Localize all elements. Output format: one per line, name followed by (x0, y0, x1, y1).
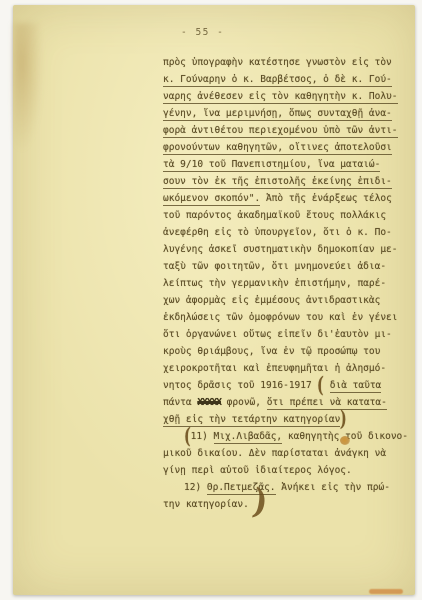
text-segment: διὰ ταῦτα (330, 380, 381, 393)
text-segment: πρὸς ὑπογραφὴν κατέστησε γνωστὸν εἰς τὸν (163, 57, 392, 68)
document-line: γένην, ἵνα μεριμνήσῃ, ὅπως συνταχθῇ ἀνα- (163, 105, 413, 122)
text-segment: σουν τὸν ἐκ τῆς ἐπιστολῆς ἐκείνης ἐπιδι- (163, 176, 392, 189)
document-line: πάντα ΧΧΧΧΧ φρονῶ, ὅτι πρέπει νὰ κατατα- (163, 394, 413, 411)
page-number: - 55 - (181, 27, 224, 38)
text-segment: λυγένης ἀσκεῖ συστηματικὴν δημοκοπίαν με… (163, 244, 398, 255)
document-line: λυγένης ἀσκεῖ συστηματικὴν δημοκοπίαν με… (163, 241, 413, 258)
text-segment: Ἀνήκει εἰς τὴν πρώ- (276, 482, 390, 493)
text-segment: νητος δρᾶσις τοῦ 1916-1917 (163, 380, 317, 391)
text-segment: την κατηγορίαν. (163, 499, 249, 510)
document-line: κροὺς θριάμβους, ἵνα ἐν τῷ προσώπῳ του (163, 343, 413, 360)
text-segment: χειροκροτῆται καὶ ἐπευφημῆται ἡ ἀλησμό- (163, 363, 386, 374)
text-segment (324, 380, 330, 391)
text-segment: ὅτι ὀργανώνει οὕτως εἰπεῖν δι'ἑαυτὸν μι- (163, 329, 392, 340)
stain (13, 23, 43, 153)
document-line: ναρης ἀνέθεσεν εἰς τὸν καθηγητὴν κ. Πολυ… (163, 88, 413, 105)
text-segment: μικοῦ δικαίου. Δὲν παρίσταται ἀνάγκη νὰ (163, 448, 386, 459)
document-line: φορὰ ἀντιθέτου περιεχομένου ὑπὸ τῶν ἀντι… (163, 122, 413, 139)
document-line: (11) Μιχ.Λιβαδᾶς, καθηγητὴς τοῦ δικονο- (163, 428, 413, 445)
stain (340, 436, 350, 445)
document-line: ἐκδηλώσεις τῶν ὁμοφρόνων του καὶ ἐν γένε… (163, 309, 413, 326)
document-line: κ. Γούναρην ὁ κ. Βαρβέτσος, ὁ δὲ κ. Γού- (163, 71, 413, 88)
document-line: μικοῦ δικαίου. Δὲν παρίσταται ἀνάγκη νὰ (163, 445, 413, 462)
text-segment: ταξὺ τῶν φοιτητῶν, ὅτι μνημονεύει ἀδια- (163, 261, 386, 272)
text-segment: φρονῶ, (221, 397, 267, 408)
text-segment: Μιχ.Λιβαδᾶς, (214, 431, 283, 444)
document-line: 12) Θρ.Πετμεζᾶς. Ἀνήκει εἰς τὴν πρώ- (163, 479, 413, 496)
document-line: νητος δρᾶσις τοῦ 1916-1917 ( διὰ ταῦτα (163, 377, 413, 394)
text-segment: λείπτως τὴν γερμανικὴν ἐπιστήμην, παρέ- (163, 278, 386, 289)
text-segment: ωκόμενον σκοπόν". (163, 193, 260, 206)
document-line: φρονούντων καθηγητῶν, οἵτινες ἀποτελοῦσι (163, 139, 413, 156)
document-line: ωκόμενον σκοπόν". Ἀπὸ τῆς ἐνάρξεως τέλος (163, 190, 413, 207)
text-segment: τοῦ παρόντος ἀκαδημαϊκοῦ ἔτους πολλάκις (163, 210, 386, 221)
document-line: ὅτι ὀργανώνει οὕτως εἰπεῖν δι'ἑαυτὸν μι- (163, 326, 413, 343)
text-segment: 12) (184, 482, 207, 493)
text-segment: 11) (191, 431, 214, 442)
text-segment: ἐκδηλώσεις τῶν ὁμοφρόνων του καὶ ἐν γένε… (163, 312, 398, 323)
text-segment: ἀνεφέρθη εἰς τὸ ὑπουργεῖον, ὅτι ὁ κ. Πο- (163, 227, 392, 238)
document-page: - 55 - πρὸς ὑπογραφὴν κατέστησε γνωστὸν … (13, 5, 415, 595)
struck-out-word: ΧΧΧΧΧ (197, 397, 221, 408)
document-line: τοῦ παρόντος ἀκαδημαϊκοῦ ἔτους πολλάκις (163, 207, 413, 224)
text-segment: τὰ 9/10 τοῦ Πανεπιστημίου, ἵνα ματαιώ- (163, 159, 380, 172)
document-line: χων ἀφορμὰς εἰς ἐμμέσους ἀντιδραστικὰς (163, 292, 413, 309)
text-segment: ναρης ἀνέθεσεν εἰς τὸν καθηγητὴν κ. Πολυ… (163, 91, 398, 104)
text-segment: ὅτι πρέπει νὰ κατατα- (267, 397, 387, 410)
document-line: γίνῃ περὶ αὐτοῦ ἰδιαίτερος λόγος. (163, 462, 413, 479)
text-segment: γένην, ἵνα μεριμνήσῃ, ὅπως συνταχθῇ ἀνα- (163, 108, 392, 121)
document-line: ταξὺ τῶν φοιτητῶν, ὅτι μνημονεύει ἀδια- (163, 258, 413, 275)
document-text: πρὸς ὑπογραφὴν κατέστησε γνωστὸν εἰς τὸν… (163, 54, 413, 513)
document-line: σουν τὸν ἐκ τῆς ἐπιστολῆς ἐκείνης ἐπιδι- (163, 173, 413, 190)
text-segment: φρονούντων καθηγητῶν, οἵτινες ἀποτελοῦσι (163, 142, 392, 155)
text-segment: Ἀπὸ τῆς ἐνάρξεως τέλος (260, 193, 392, 204)
document-line: τὰ 9/10 τοῦ Πανεπιστημίου, ἵνα ματαιώ- (163, 156, 413, 173)
text-segment: πάντα (163, 397, 197, 408)
document-line: ἀνεφέρθη εἰς τὸ ὑπουργεῖον, ὅτι ὁ κ. Πο- (163, 224, 413, 241)
text-segment: κροὺς θριάμβους, ἵνα ἐν τῷ προσώπῳ του (163, 346, 380, 357)
stain (369, 589, 403, 594)
document-line: λείπτως τὴν γερμανικὴν ἐπιστήμην, παρέ- (163, 275, 413, 292)
document-line: χθῇ εἰς τὴν τετάρτην κατηγορίαν) (163, 411, 413, 428)
text-segment: γίνῃ περὶ αὐτοῦ ἰδιαίτερος λόγος. (163, 465, 352, 476)
text-segment: χων ἀφορμὰς εἰς ἐμμέσους ἀντιδραστικὰς (163, 295, 380, 306)
document-line: χειροκροτῆται καὶ ἐπευφημῆται ἡ ἀλησμό- (163, 360, 413, 377)
handwritten-paren-icon: ( (184, 424, 191, 451)
document-line: πρὸς ὑπογραφὴν κατέστησε γνωστὸν εἰς τὸν (163, 54, 413, 71)
text-segment: κ. Γούναρην ὁ κ. Βαρβέτσος, ὁ δὲ κ. Γού- (163, 74, 392, 87)
handwritten-paren-icon: ) (340, 407, 347, 434)
document-line: την κατηγορίαν. (163, 496, 413, 513)
text-segment: φορὰ ἀντιθέτου περιεχομένου ὑπὸ τῶν ἀντι… (163, 125, 398, 138)
handwritten-paren-icon: ( (317, 373, 324, 400)
